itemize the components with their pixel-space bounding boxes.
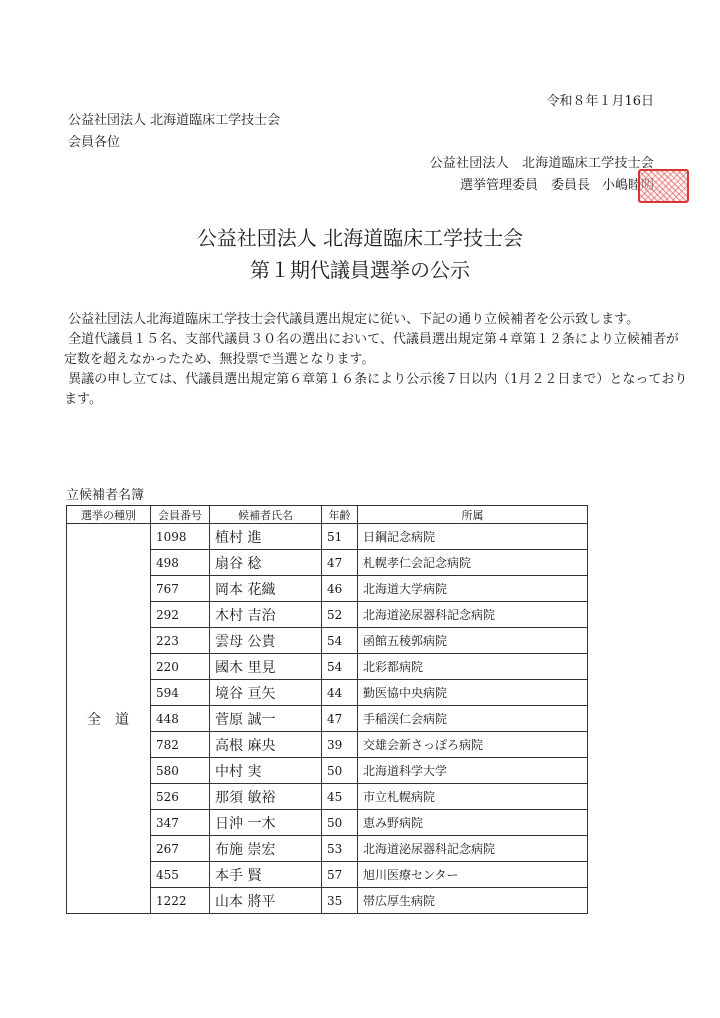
member-number: 498 [151,550,210,576]
notice-paragraph: 公益社団法人北海道臨床工学技士会代議員選出規定に従い、下記の通り立候補者を公示致… [64,310,689,330]
candidate-name: 菅原 誠一 [210,706,322,732]
notice-paragraph: 異議の申し立ては、代議員選出規定第６章第１６条により公示後７日以内（1月２２日ま… [64,370,689,410]
member-number: 594 [151,680,210,706]
candidate-name: 本手 賢 [210,862,322,888]
notice-body: 公益社団法人北海道臨床工学技士会代議員選出規定に従い、下記の通り立候補者を公示致… [64,310,689,410]
column-header-affiliation: 所属 [358,506,588,524]
candidate-affiliation: 北海道科学大学 [358,758,588,784]
candidate-age: 51 [322,524,358,550]
candidate-affiliation: 交雄会新さっぽろ病院 [358,732,588,758]
candidate-name: 高根 麻央 [210,732,322,758]
candidate-affiliation: 手稲渓仁会病院 [358,706,588,732]
candidate-name: 岡本 花織 [210,576,322,602]
table-row: 全道 1098 植村 進 51 日鋼記念病院 [67,524,588,550]
notice-paragraph: 全道代議員１５名、支部代議員３０名の選出において、代議員選出規定第４章第１２条に… [64,330,689,370]
candidate-name: 雲母 公貴 [210,628,322,654]
addressee-organization: 公益社団法人 北海道臨床工学技士会 [68,109,280,128]
candidate-affiliation: 恵み野病院 [358,810,588,836]
candidate-affiliation: 勤医協中央病院 [358,680,588,706]
column-header-candidate-name: 候補者氏名 [210,506,322,524]
candidate-age: 52 [322,602,358,628]
candidate-age: 50 [322,758,358,784]
candidate-name: 中村 実 [210,758,322,784]
column-header-election-type: 選挙の種別 [67,506,151,524]
candidate-age: 44 [322,680,358,706]
official-seal-stamp [638,169,689,203]
candidate-name: 布施 崇宏 [210,836,322,862]
sender-role: 選挙管理委員 委員長 [460,178,590,193]
candidate-name: 植村 進 [210,524,322,550]
candidate-roster-table: 選挙の種別 会員番号 候補者氏名 年齢 所属 全道 1098 植村 進 51 日… [66,505,588,914]
candidate-affiliation: 北彩都病院 [358,654,588,680]
column-header-age: 年齢 [322,506,358,524]
document-title-organization: 公益社団法人 北海道臨床工学技士会 [0,222,720,251]
candidate-affiliation: 北海道泌尿器科記念病院 [358,602,588,628]
member-number: 220 [151,654,210,680]
column-header-member-number: 会員番号 [151,506,210,524]
candidate-age: 50 [322,810,358,836]
member-number: 448 [151,706,210,732]
candidate-age: 53 [322,836,358,862]
document-date: 令和８年１月16日 [546,90,654,109]
member-number: 526 [151,784,210,810]
election-type-cell: 全道 [67,524,151,914]
member-number: 267 [151,836,210,862]
candidate-age: 54 [322,654,358,680]
member-number: 1098 [151,524,210,550]
candidate-name: 國木 里見 [210,654,322,680]
candidate-affiliation: 帯広厚生病院 [358,888,588,914]
candidate-affiliation: 北海道泌尿器科記念病院 [358,836,588,862]
candidate-affiliation: 旭川医療センター [358,862,588,888]
candidate-affiliation: 北海道大学病院 [358,576,588,602]
sender-organization: 公益社団法人 北海道臨床工学技士会 [430,152,654,171]
candidate-age: 47 [322,706,358,732]
member-number: 292 [151,602,210,628]
candidate-age: 54 [322,628,358,654]
member-number: 455 [151,862,210,888]
sender-signature: 選挙管理委員 委員長小嶋睦明 [460,174,654,193]
candidate-name: 日沖 一木 [210,810,322,836]
candidate-age: 47 [322,550,358,576]
candidate-age: 46 [322,576,358,602]
candidate-name: 扇谷 稔 [210,550,322,576]
candidate-affiliation: 函館五稜郭病院 [358,628,588,654]
member-number: 782 [151,732,210,758]
candidate-affiliation: 札幌孝仁会記念病院 [358,550,588,576]
candidate-affiliation: 市立札幌病院 [358,784,588,810]
member-number: 767 [151,576,210,602]
candidate-age: 45 [322,784,358,810]
candidate-affiliation: 日鋼記念病院 [358,524,588,550]
addressee: 会員各位 [68,131,120,150]
member-number: 1222 [151,888,210,914]
candidate-age: 39 [322,732,358,758]
roster-heading: 立候補者名簿 [66,484,144,503]
member-number: 223 [151,628,210,654]
member-number: 347 [151,810,210,836]
table-header-row: 選挙の種別 会員番号 候補者氏名 年齢 所属 [67,506,588,524]
candidate-name: 那須 敏裕 [210,784,322,810]
candidate-name: 境谷 亘矢 [210,680,322,706]
candidate-name: 木村 吉治 [210,602,322,628]
candidate-age: 35 [322,888,358,914]
document-title: 第１期代議員選挙の公示 [0,254,720,283]
member-number: 580 [151,758,210,784]
candidate-age: 57 [322,862,358,888]
candidate-name: 山本 將平 [210,888,322,914]
